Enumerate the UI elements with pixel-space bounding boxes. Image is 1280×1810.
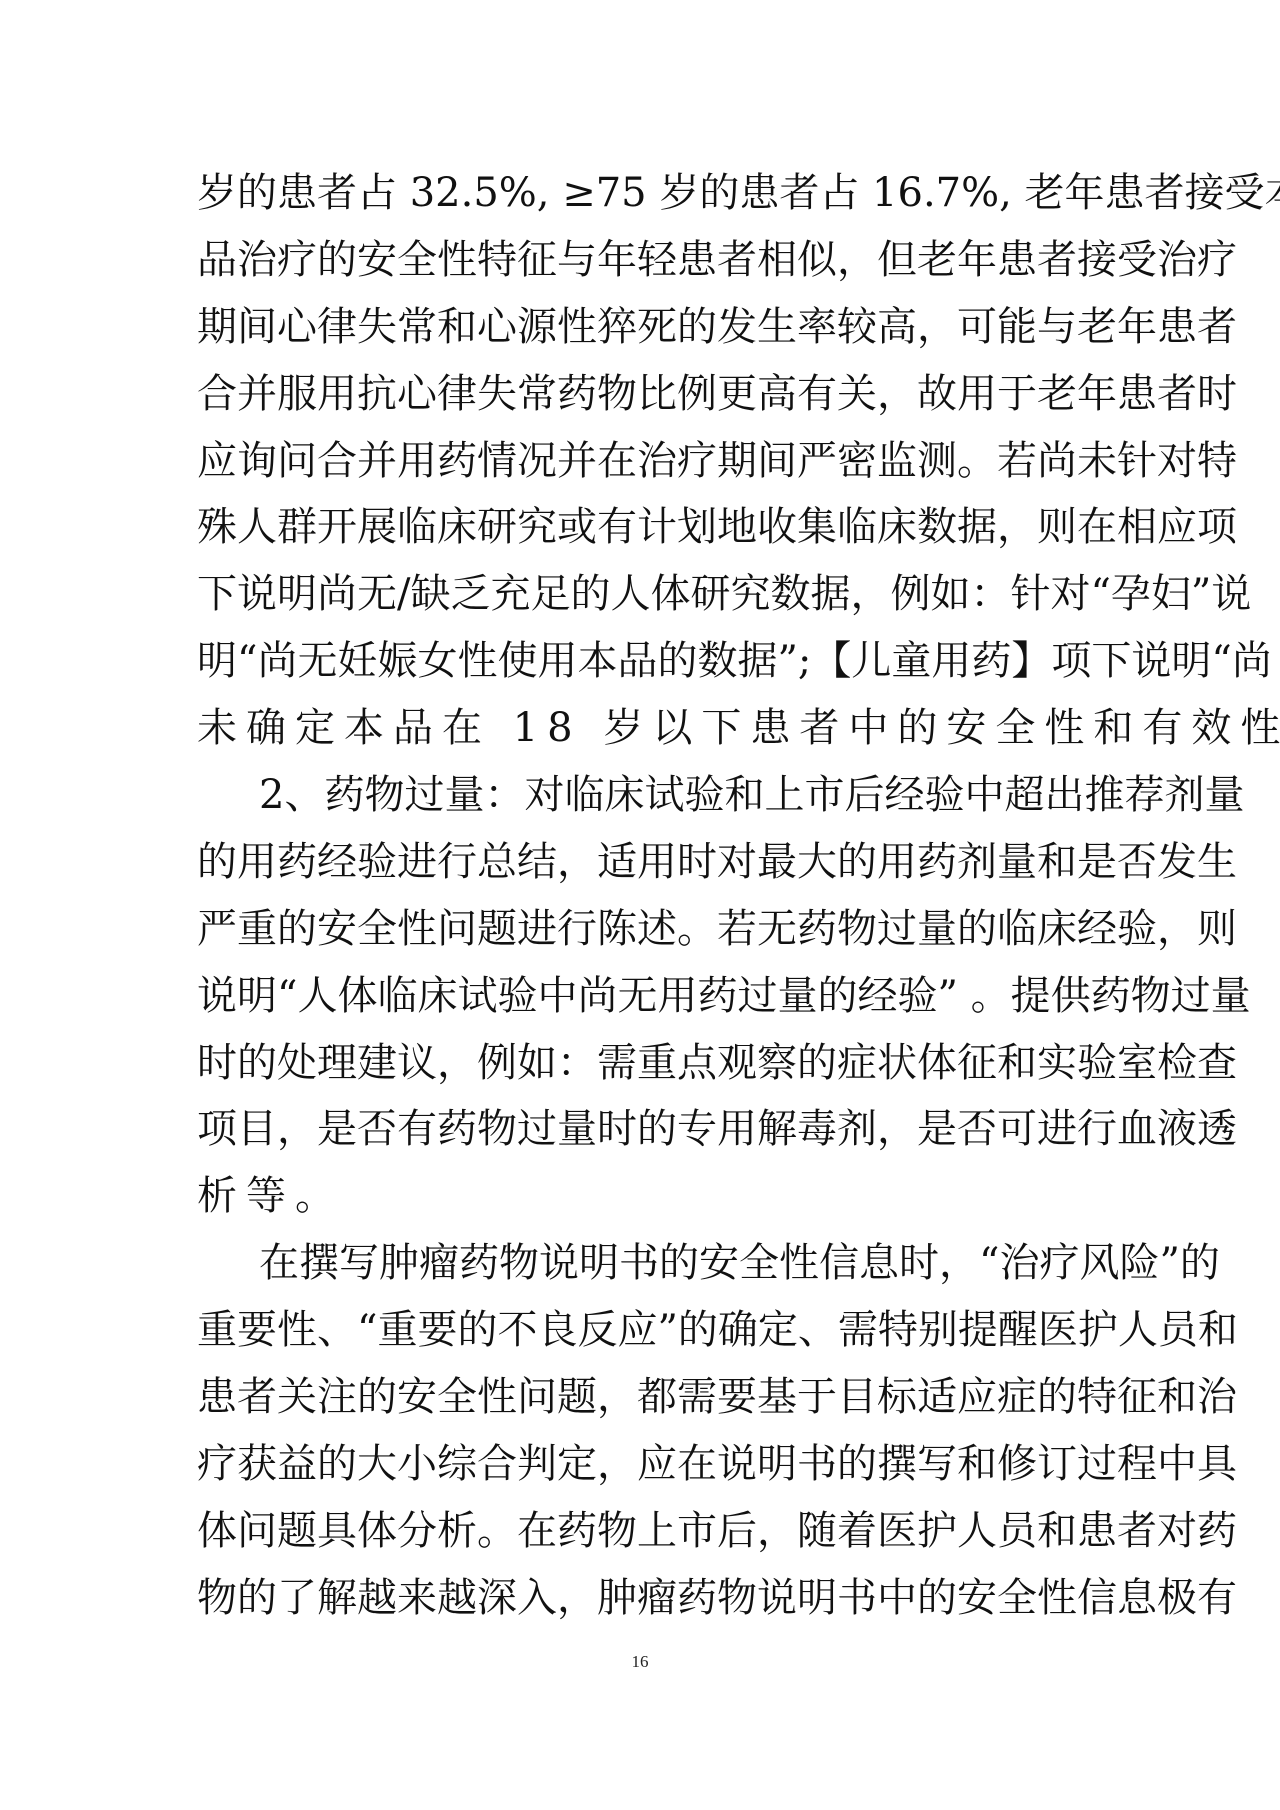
text-line: 患者关注的安全性问题，都需要基于目标适应症的特征和治 (197, 1364, 1083, 1431)
text-line: 明“尚无妊娠女性使用本品的数据”;【儿童用药】项下说明“尚 (197, 628, 1083, 695)
text-line: 析等。 (197, 1163, 1083, 1230)
page-number: 16 (0, 1652, 1280, 1672)
section-heading-line: 2、药物过量：对临床试验和上市后经验中超出推荐剂量 (197, 762, 1083, 829)
text-line: 说明“人体临床试验中尚无用药过量的经验” 。提供药物过量 (197, 963, 1083, 1030)
text-line: 体问题具体分析。在药物上市后，随着医护人员和患者对药 (197, 1498, 1083, 1565)
document-page: 岁的患者占 32.5%, ≥75 岁的患者占 16.7%, 老年患者接受本 品治… (0, 0, 1280, 1810)
text-line: 在撰写肿瘤药物说明书的安全性信息时，“治疗风险”的 (197, 1230, 1083, 1297)
text-line: 合并服用抗心律失常药物比例更高有关，故用于老年患者时 (197, 361, 1083, 428)
text-line: 的用药经验进行总结，适用时对最大的用药剂量和是否发生 (197, 829, 1083, 896)
text-line: 疗获益的大小综合判定，应在说明书的撰写和修订过程中具 (197, 1431, 1083, 1498)
text-line: 应询问合并用药情况并在治疗期间严密监测。若尚未针对特 (197, 428, 1083, 495)
text-line: 严重的安全性问题进行陈述。若无药物过量的临床经验，则 (197, 896, 1083, 963)
text-line: 未确定本品在 18 岁以下患者中的安全性和有效性”。 (197, 695, 1083, 762)
text-line: 下说明尚无/缺乏充足的人体研究数据，例如：针对“孕妇”说 (197, 561, 1083, 628)
text-line: 岁的患者占 32.5%, ≥75 岁的患者占 16.7%, 老年患者接受本 (197, 160, 1083, 227)
text-line: 期间心律失常和心源性猝死的发生率较高，可能与老年患者 (197, 294, 1083, 361)
text-line: 物的了解越来越深入，肿瘤药物说明书中的安全性信息极有 (197, 1565, 1083, 1632)
body-text: 岁的患者占 32.5%, ≥75 岁的患者占 16.7%, 老年患者接受本 品治… (197, 160, 1083, 1632)
text-line: 殊人群开展临床研究或有计划地收集临床数据，则在相应项 (197, 494, 1083, 561)
text-line: 重要性、“重要的不良反应”的确定、需特别提醒医护人员和 (197, 1297, 1083, 1364)
text-line: 项目，是否有药物过量时的专用解毒剂，是否可进行血液透 (197, 1096, 1083, 1163)
text-line: 品治疗的安全性特征与年轻患者相似，但老年患者接受治疗 (197, 227, 1083, 294)
text-line: 时的处理建议，例如：需重点观察的症状体征和实验室检查 (197, 1030, 1083, 1097)
